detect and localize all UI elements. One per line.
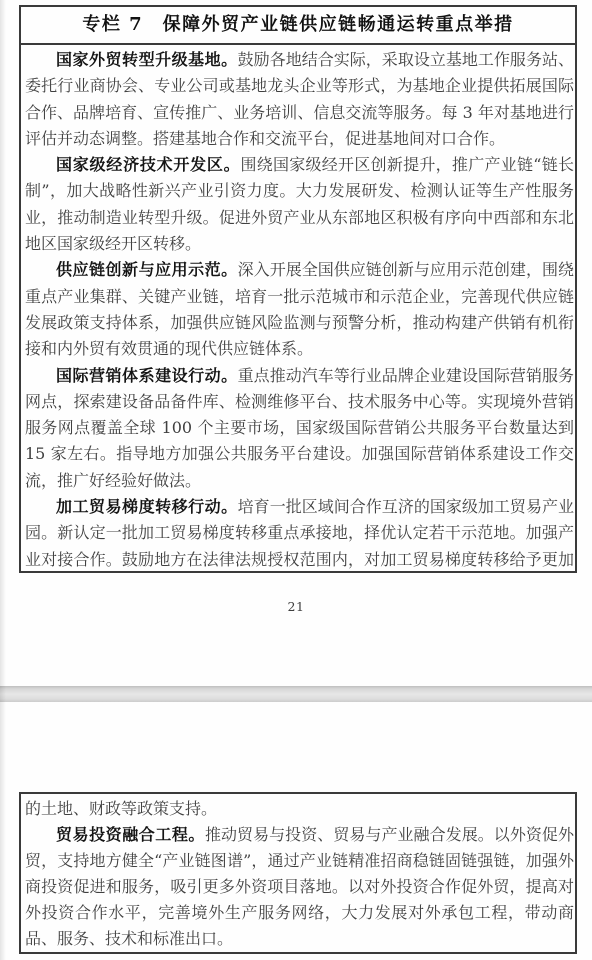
paragraph-trade-investment-integration: 贸易投资融合工程。推动贸易与投资、贸易与产业融合发展。以外资促外贸，支持地方健全… [25, 822, 574, 952]
paragraph-lead: 供应链创新与应用示范。 [56, 260, 238, 279]
column-box-continued: 的土地、财政等政策支持。 贸易投资融合工程。推动贸易与投资、贸易与产业融合发展。… [19, 792, 577, 954]
paragraph-lead: 国家级经济技术开发区。 [56, 155, 240, 174]
document-page-22: 的土地、财政等政策支持。 贸易投资融合工程。推动贸易与投资、贸易与产业融合发展。… [0, 702, 592, 960]
column-7-box: 专栏 7 保障外贸产业链供应链畅通运转重点举措 国家外贸转型升级基地。鼓励各地结… [19, 5, 577, 573]
paragraph-processing-trade-transfer: 加工贸易梯度转移行动。培育一批区域间合作互济的国家级加工贸易产业园。新认定一批加… [25, 494, 574, 573]
column-7-box-title: 专栏 7 保障外贸产业链供应链畅通运转重点举措 [21, 7, 575, 45]
column-7-box-body: 国家外贸转型升级基地。鼓励各地结合实际，采取设立基地工作服务站、委托行业商协会、… [21, 45, 575, 573]
paragraph-supply-chain-innovation: 供应链创新与应用示范。深入开展全国供应链创新与应用示范创建，围绕重点产业集群、关… [25, 257, 574, 362]
paragraph-lead: 加工贸易梯度转移行动。 [56, 497, 238, 516]
document-page-21: 专栏 7 保障外贸产业链供应链畅通运转重点举措 国家外贸转型升级基地。鼓励各地结… [0, 0, 592, 686]
paragraph-international-marketing-system: 国际营销体系建设行动。重点推动汽车等行业品牌企业建设国际营销服务网点，探索建设备… [25, 363, 574, 494]
paragraph-national-foreign-trade-bases: 国家外贸转型升级基地。鼓励各地结合实际，采取设立基地工作服务站、委托行业商协会、… [25, 47, 574, 152]
paragraph-lead: 国际营销体系建设行动。 [56, 366, 238, 385]
paragraph-lead: 国家外贸转型升级基地。 [56, 50, 238, 69]
page-number: 21 [0, 599, 592, 614]
paragraph-economic-development-zones: 国家级经济技术开发区。围绕国家级经开区创新提升，推广产业链“链长制”，加大战略性… [25, 152, 574, 257]
paragraph-lead: 贸易投资融合工程。 [56, 825, 205, 844]
continuation-line: 的土地、财政等政策支持。 [25, 796, 574, 822]
document-viewer[interactable]: 专栏 7 保障外贸产业链供应链畅通运转重点举措 国家外贸转型升级基地。鼓励各地结… [0, 0, 592, 960]
page-separator-band [0, 686, 592, 702]
column-box-continued-body: 的土地、财政等政策支持。 贸易投资融合工程。推动贸易与投资、贸易与产业融合发展。… [21, 794, 575, 952]
